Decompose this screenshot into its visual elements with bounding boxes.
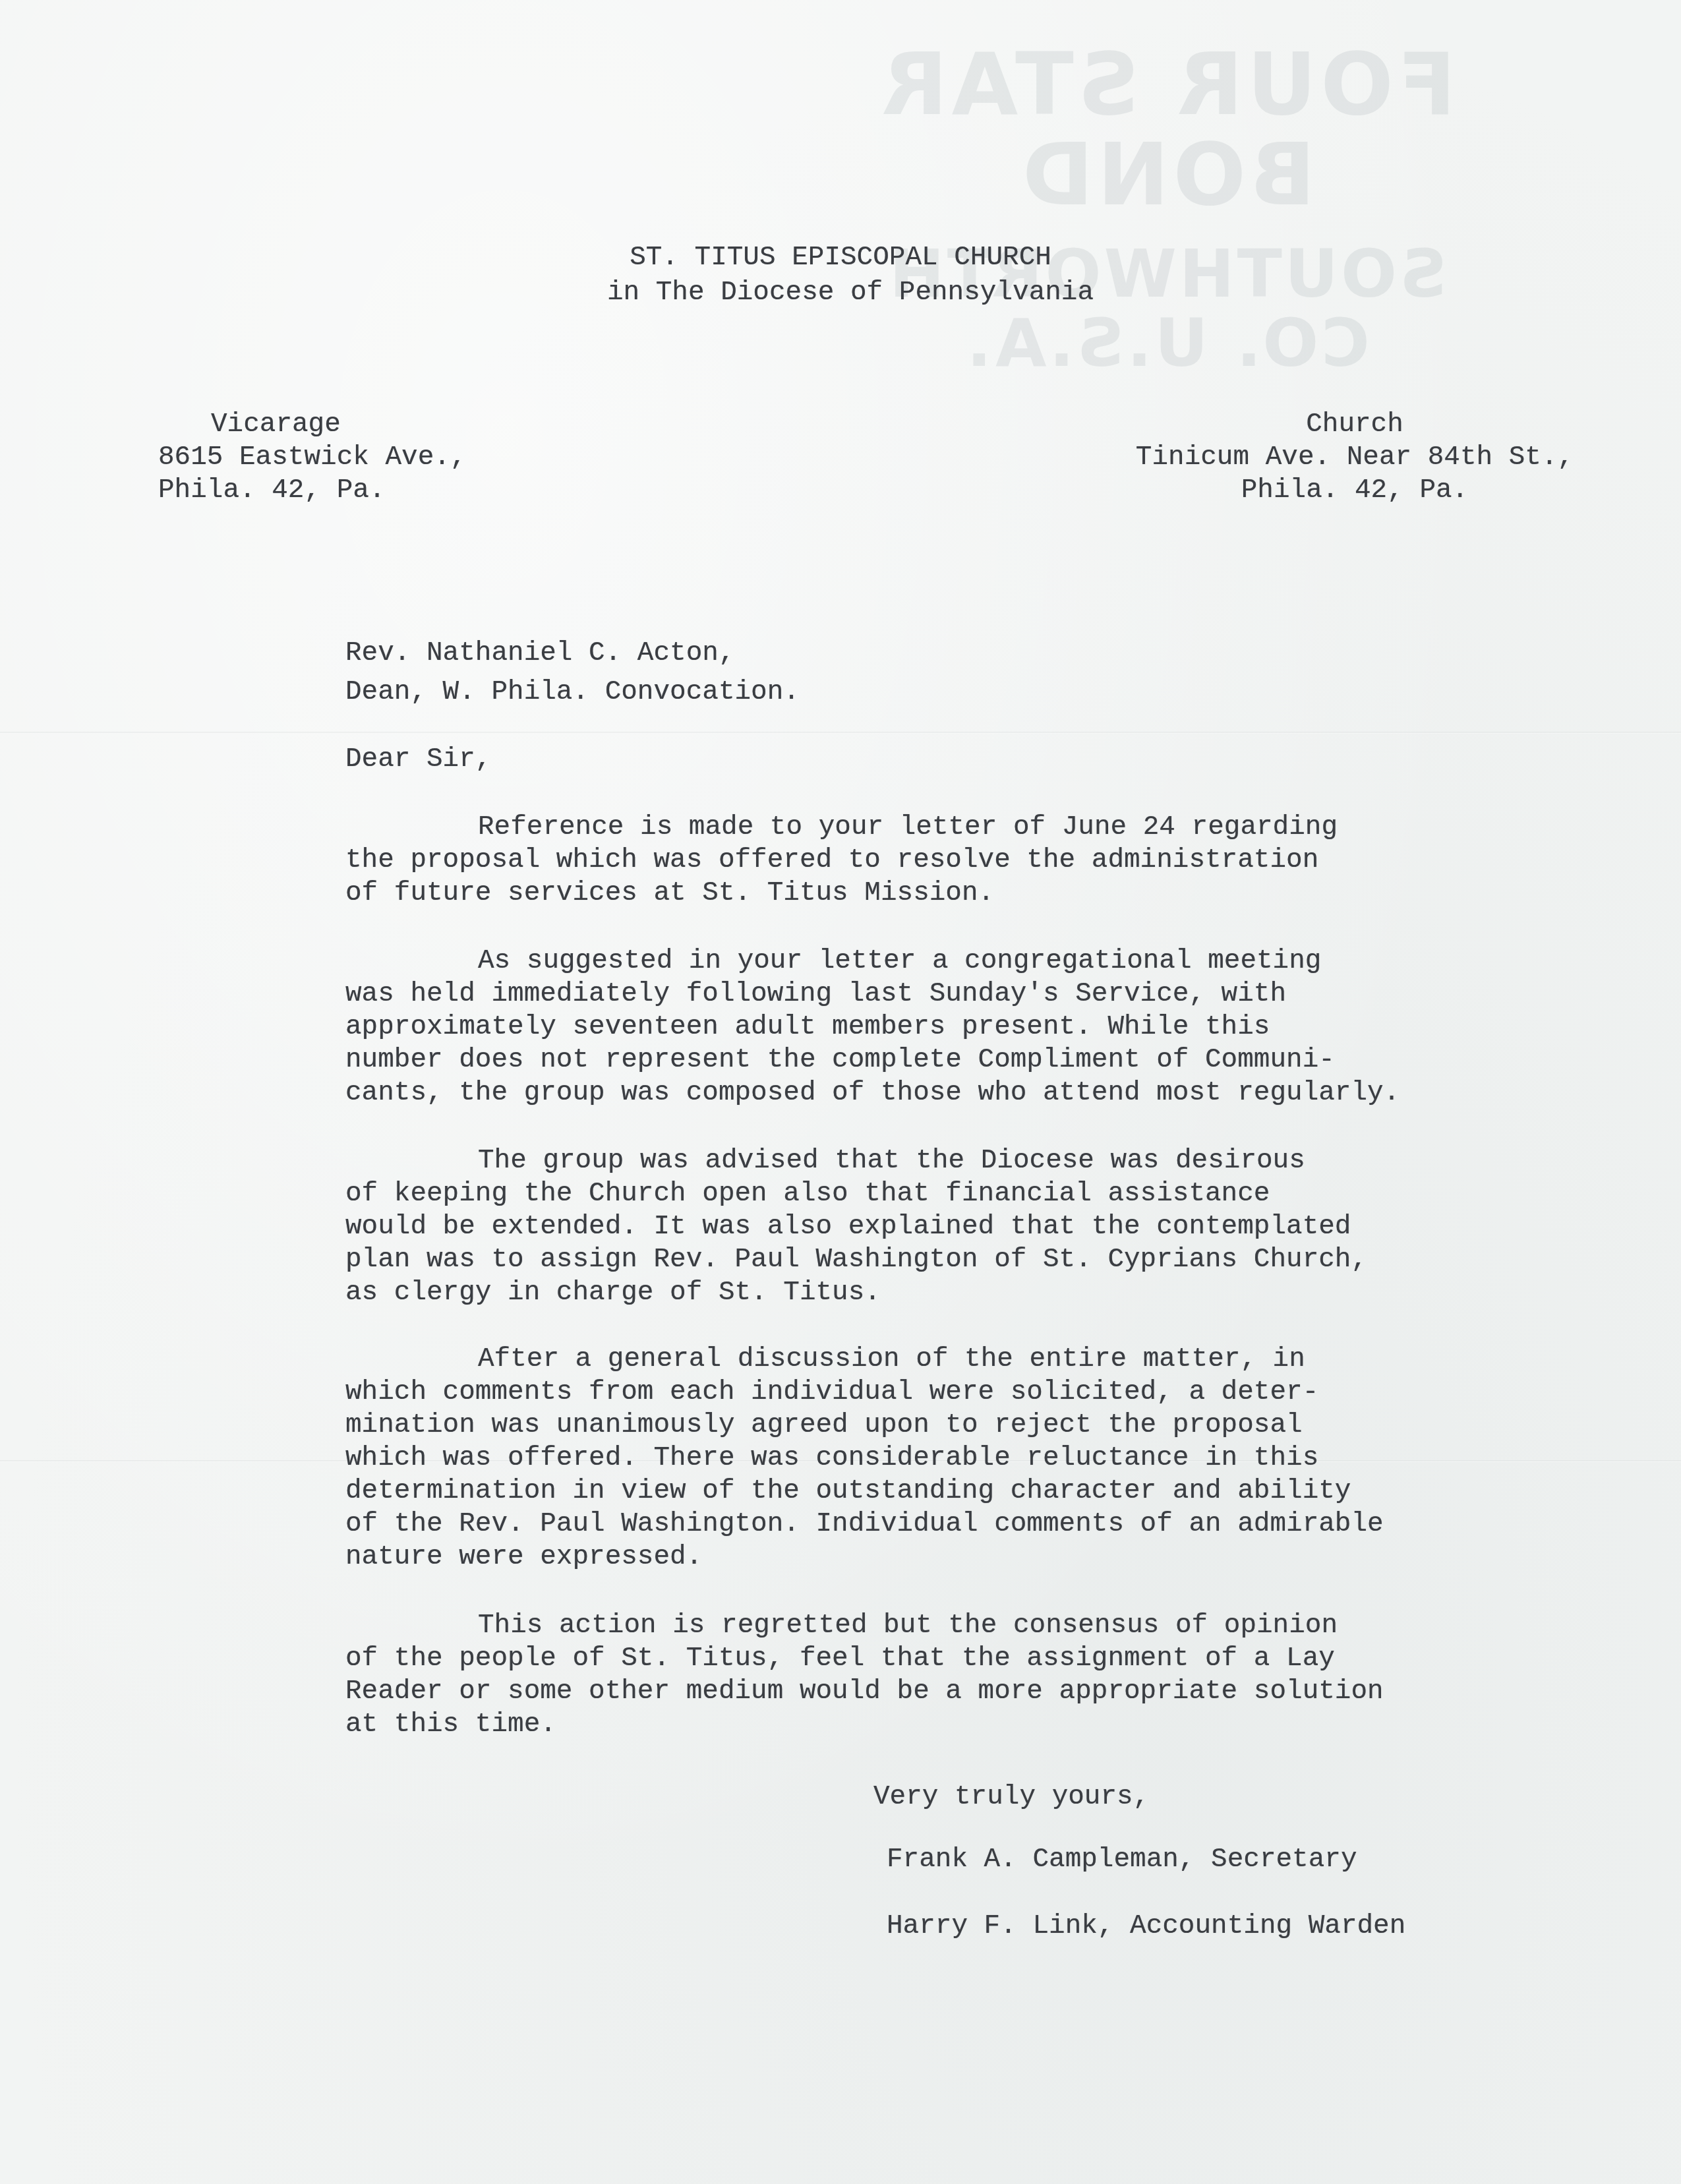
watermark: FOUR STAR BOND SOUTHWORTH CO. U.S.A. [870,40,1463,378]
paper-fold-line [0,732,1681,734]
paragraph-line: as clergy in charge of St. Titus. [345,1276,881,1309]
signatory-secretary: Frank A. Campleman, Secretary [887,1843,1357,1876]
paragraph-line: of the Rev. Paul Washington. Individual … [345,1508,1384,1541]
church-street: Tinicum Ave. Near 84th St., [1131,441,1579,474]
paragraph-line: This action is regretted but the consens… [478,1609,1338,1642]
paragraph-line: The group was advised that the Diocese w… [478,1144,1305,1177]
paragraph-line: was held immediately following last Sund… [345,978,1286,1011]
paragraph-line: of keeping the Church open also that fin… [345,1177,1270,1210]
letterhead-diocese: in The Diocese of Pennsylvania [0,276,1681,309]
church-city: Phila. 42, Pa. [1131,474,1579,507]
paragraph-line: of the people of St. Titus, feel that th… [345,1642,1335,1675]
paragraph-line: nature were expressed. [345,1541,702,1574]
watermark-line: FOUR STAR BOND [870,40,1463,220]
vicarage-street: 8615 Eastwick Ave., [158,441,488,474]
paragraph-line: cants, the group was composed of those w… [345,1077,1400,1109]
church-label: Church [1131,408,1579,441]
paragraph-line: plan was to assign Rev. Paul Washington … [345,1243,1367,1276]
paragraph-line: the proposal which was offered to resolv… [345,844,1318,877]
paragraph-line: which was offered. There was considerabl… [345,1442,1318,1475]
vicarage-address: Vicarage 8615 Eastwick Ave., Phila. 42, … [158,408,488,507]
paragraph-line: After a general discussion of the entire… [478,1343,1305,1376]
closing: Very truly yours, [873,1781,1149,1814]
recipient-name: Rev. Nathaniel C. Acton, [345,637,735,670]
paragraph-line: which comments from each individual were… [345,1376,1318,1409]
salutation: Dear Sir, [345,743,491,776]
paragraph-line: at this time. [345,1708,556,1741]
paragraph-line: of future services at St. Titus Mission. [345,877,994,910]
paragraph-line: mination was unanimously agreed upon to … [345,1409,1303,1442]
paragraph-line: would be extended. It was also explained… [345,1210,1351,1243]
paragraph-line: Reference is made to your letter of June… [478,811,1338,844]
letterhead-name: ST. TITUS EPISCOPAL CHURCH [0,241,1681,274]
paragraph-line: As suggested in your letter a congregati… [478,945,1321,978]
recipient-title: Dean, W. Phila. Convocation. [345,676,800,709]
church-address: Church Tinicum Ave. Near 84th St., Phila… [1131,408,1579,507]
vicarage-city: Phila. 42, Pa. [158,474,488,507]
paragraph-line: approximately seventeen adult members pr… [345,1011,1270,1044]
paragraph-line: Reader or some other medium would be a m… [345,1675,1384,1708]
vicarage-label: Vicarage [158,408,488,441]
signatory-warden: Harry F. Link, Accounting Warden [887,1910,1405,1943]
paragraph-line: number does not represent the complete C… [345,1044,1335,1077]
paragraph-line: determination in view of the outstanding… [345,1475,1351,1508]
